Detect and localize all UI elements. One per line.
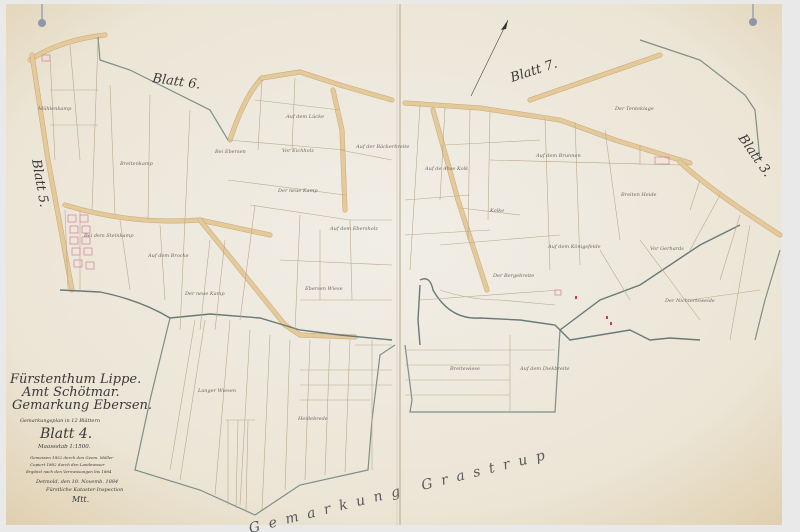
map-scale: Maassstab 1:1500. <box>37 444 91 450</box>
certification-office: Fürstliche Kataster-Inspection <box>45 487 123 493</box>
field-label: Auf dem Diekbreite <box>519 366 570 372</box>
field-label: Mühlenkamp <box>37 106 72 112</box>
sheet-number: Blatt 4. <box>39 426 92 442</box>
field-label: Auf der Bäckerbreite <box>355 144 409 150</box>
certification-place-date: Detmold, den 10. Novemb. 1884 <box>35 479 118 485</box>
field-label: Vor Gerhards <box>650 246 684 252</box>
field-label: Auf de Ahse Kolk <box>424 166 468 172</box>
field-label: Der Bergebreite <box>492 273 534 279</box>
field-label: Ebersen Wiese <box>304 286 343 292</box>
field-label: Vor Eichholz <box>282 148 314 154</box>
note-2: Copiert 1882 durch den Landmesser <box>30 462 106 467</box>
note-1: Gemessen 1852 durch den Geom. Möller <box>30 455 114 460</box>
field-label: Bei dem Steinkamp <box>83 233 134 239</box>
field-label: Auf dem Brocke <box>147 253 189 259</box>
cadastral-map-sheet: Blatt 6. Blatt 5. Blatt 7. Blatt 3. Mühl… <box>0 0 800 532</box>
paper-background <box>6 4 782 525</box>
field-label: Breiten Heide <box>620 192 657 198</box>
field-label: Bei Ebersen <box>214 149 246 155</box>
field-label: Breitewiese <box>449 366 480 372</box>
field-label: Langer Wiesen <box>197 388 236 394</box>
field-label: Der Nichtertsweide <box>664 298 715 304</box>
field-label: Breitenkamp <box>119 161 154 167</box>
field-label: Der Tenteklage <box>614 106 654 112</box>
note-3: Ergänzt nach den Vermessungen bis 1884 <box>25 469 112 474</box>
field-label: Auf dem Königsfelde <box>547 244 601 250</box>
field-label: Auf dem Lücke <box>285 114 324 120</box>
field-label: Auf dem Brunnen <box>535 153 581 159</box>
signature: Mtt. <box>71 495 89 504</box>
field-label: Der neue Kamp <box>277 188 318 194</box>
title-line-3: Gemarkung Ebersen. <box>12 398 152 413</box>
title-subtitle: Gemarkungsplan in 12 Blättern <box>20 418 100 424</box>
field-label: Der neue Kamp <box>184 291 225 297</box>
field-label: Heidebrede <box>297 416 328 422</box>
field-label: Kolke <box>489 208 504 214</box>
field-label: Auf dem Ebersholz <box>329 226 378 232</box>
